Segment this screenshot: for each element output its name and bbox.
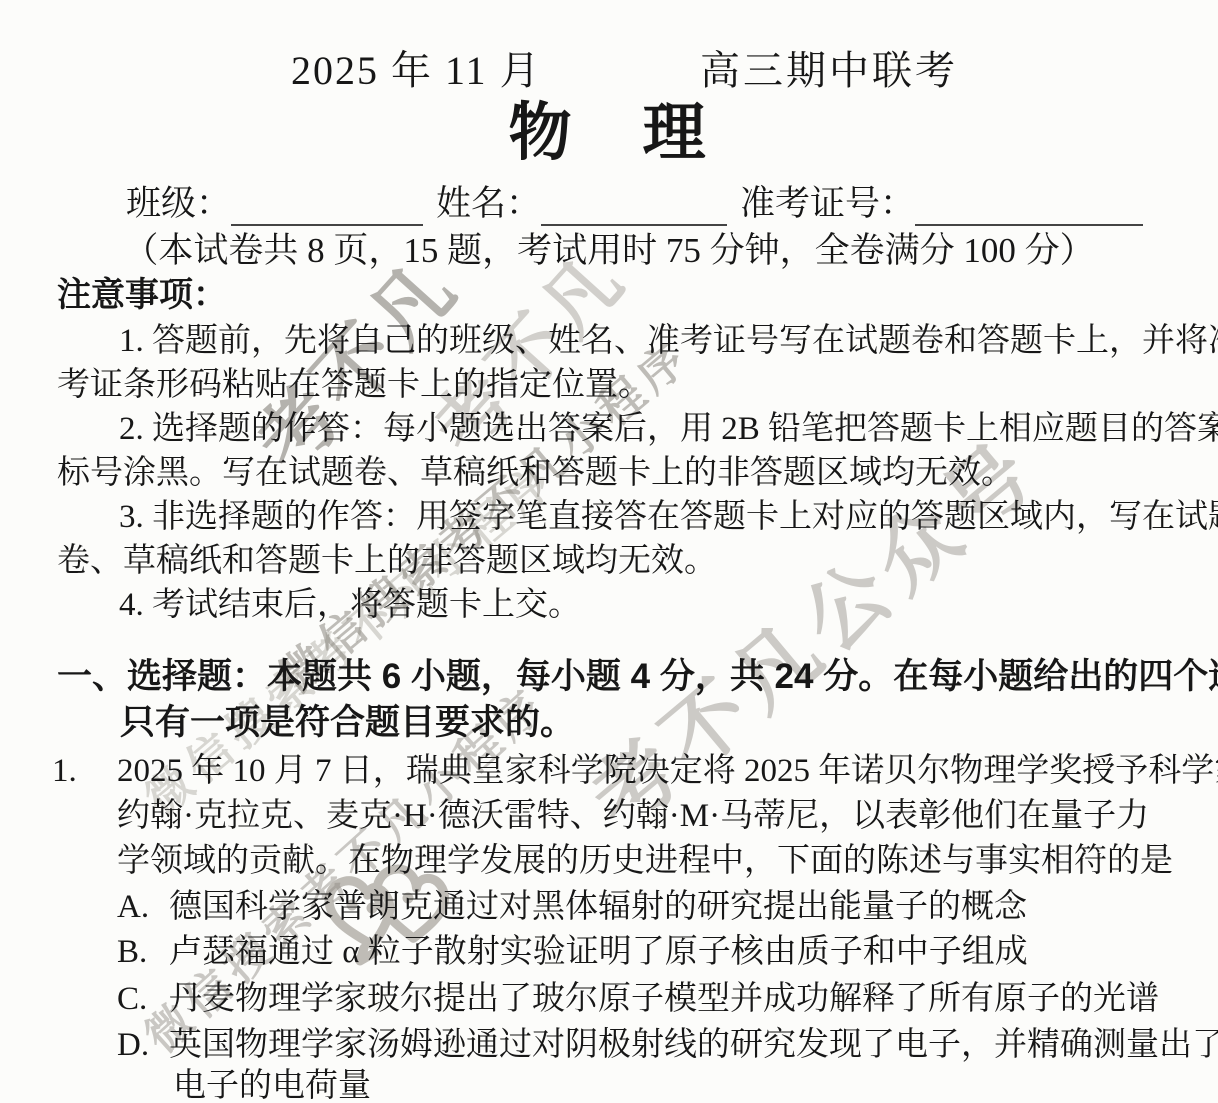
option-a-text: 德国科学家普朗克通过对黑体辐射的研究提出能量子的概念: [169, 887, 1027, 928]
section-one-heading-continuation: 只有一项是符合题目要求的。: [120, 701, 575, 745]
notice-line: 标号涂黑。写在试题卷、草稿纸和答题卡上的非答题区域均无效。: [57, 453, 1014, 494]
question-1-stem-line: 约翰·克拉克、麦克·H·德沃雷特、约翰·M·马蒂尼，以表彰他们在量子力: [117, 796, 1149, 837]
option-b-text: 卢瑟福通过 α 粒子散射实验证明了原子核由质子和中子组成: [169, 932, 1028, 973]
header-exam-name: 高三期中联考: [700, 46, 958, 96]
paper-title: 物 理: [0, 94, 1218, 173]
question-1-stem: 1. 2025 年 10 月 7 日，瑞典皇家科学院决定将 2025 年诺贝尔物…: [52, 751, 1218, 792]
option-a-label: A.: [117, 887, 169, 928]
option-b-label: B.: [117, 932, 169, 973]
name-label: 姓名：: [436, 182, 541, 226]
option-d-text: 英国物理学家汤姆逊通过对阴极射线的研究发现了电子，并精确测量出了: [169, 1025, 1218, 1066]
class-label: 班级：: [126, 182, 231, 226]
notice-line: 考证条形码粘贴在答题卡上的指定位置。: [57, 365, 651, 406]
header-exam-date: 2025 年 11 月: [291, 46, 542, 96]
option-d-continuation: 电子的电荷量: [173, 1066, 371, 1103]
option-d-label: D.: [117, 1025, 169, 1066]
notice-line: 3. 非选择题的作答：用签字笔直接答在答题卡上对应的答题区域内，写在试题: [119, 497, 1218, 538]
section-one-heading: 一、选择题：本题共 6 小题，每小题 4 分，共 24 分。在每小题给出的四个选…: [57, 655, 1218, 699]
admission-no-label: 准考证号：: [740, 182, 915, 226]
notice-line: 2. 选择题的作答：每小题选出答案后，用 2B 铅笔把答题卡上相应题目的答案: [119, 409, 1218, 450]
class-blank-line: [231, 184, 423, 226]
option-b: B. 卢瑟福通过 α 粒子散射实验证明了原子核由质子和中子组成: [117, 932, 1028, 973]
option-c-label: C.: [117, 979, 169, 1020]
question-1-number: 1.: [52, 751, 117, 792]
option-d: D. 英国物理学家汤姆逊通过对阴极射线的研究发现了电子，并精确测量出了: [117, 1025, 1218, 1066]
admission-no-blank-line: [915, 184, 1143, 226]
option-a: A. 德国科学家普朗克通过对黑体辐射的研究提出能量子的概念: [117, 887, 1027, 928]
question-1-stem-line: 2025 年 10 月 7 日，瑞典皇家科学院决定将 2025 年诺贝尔物理学奖…: [117, 751, 1218, 792]
name-blank-line: [541, 184, 727, 226]
notice-heading: 注意事项：: [57, 274, 227, 317]
paper-meta-line: （本试卷共 8 页，15 题，考试用时 75 分钟，全卷满分 100 分）: [0, 229, 1218, 273]
notice-line: 1. 答题前，先将自己的班级、姓名、准考证号写在试题卷和答题卡上，并将准: [119, 321, 1218, 362]
exam-paper-page: 考不凡 考不凡 微信搜索考不凡小程序 考不凡公众号 微信搜索考不凡小程序 微信搜…: [0, 0, 1218, 1103]
question-1-stem-line: 学领域的贡献。在物理学发展的历史进程中，下面的陈述与事实相符的是: [117, 841, 1173, 882]
student-info-row: 班级： 姓名： 准考证号：: [126, 182, 1143, 226]
option-c-text: 丹麦物理学家玻尔提出了玻尔原子模型并成功解释了所有原子的光谱: [169, 979, 1159, 1020]
option-c: C. 丹麦物理学家玻尔提出了玻尔原子模型并成功解释了所有原子的光谱: [117, 979, 1159, 1020]
notice-line: 卷、草稿纸和答题卡上的非答题区域均无效。: [57, 541, 717, 582]
notice-line: 4. 考试结束后，将答题卡上交。: [119, 585, 581, 626]
